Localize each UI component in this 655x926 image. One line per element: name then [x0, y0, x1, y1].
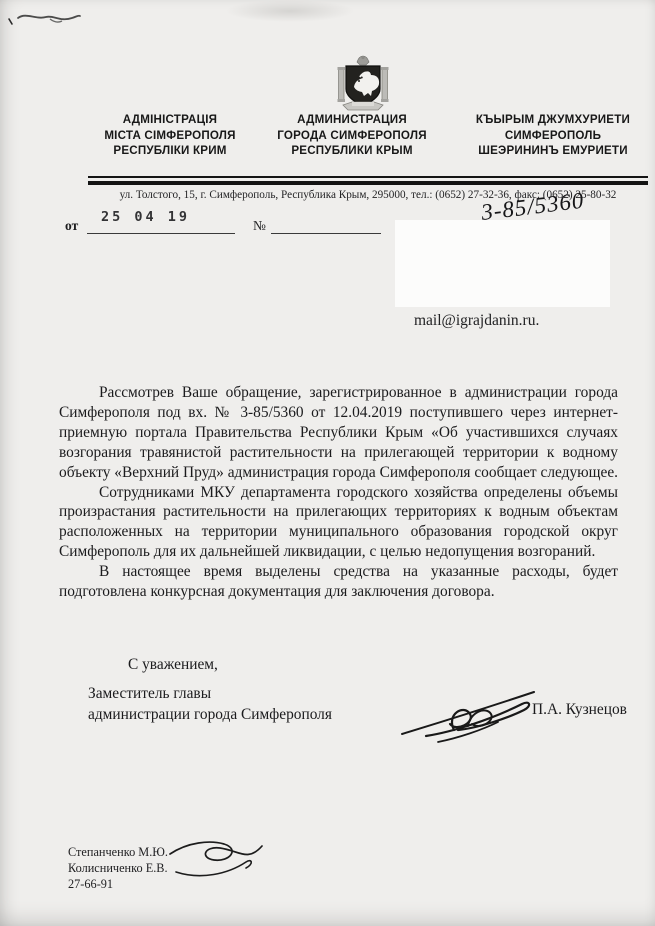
executor-signature: [166, 832, 266, 888]
org-name-crimean-tatar: КЪЫРЫМ ДЖУМХУРИЕТИ СИМФЕРОПОЛЬ ШЕЭРИНИНЪ…: [450, 112, 655, 159]
org-line: КЪЫРЫМ ДЖУМХУРИЕТИ: [450, 112, 655, 128]
org-line: МІСТА СІМФЕРОПОЛЯ: [86, 128, 254, 144]
date-underline: 25 04 19: [87, 206, 235, 234]
scan-smudge: [225, 0, 355, 22]
number-label: №: [253, 218, 266, 234]
redacted-recipient-box: [395, 220, 610, 307]
paragraph-1: Рассмотрев Ваше обращение, зарегистриров…: [59, 383, 618, 483]
signer-position-line2: администрации города Симферополя: [88, 705, 332, 726]
org-name-ukrainian: АДМІНІСТРАЦІЯ МІСТА СІМФЕРОПОЛЯ РЕСПУБЛІ…: [86, 112, 254, 159]
from-label: от: [65, 218, 78, 234]
paragraph-3: В настоящее время выделены средства на у…: [59, 562, 618, 602]
paragraph-2: Сотрудниками МКУ департамента городского…: [59, 483, 618, 563]
letterhead-divider: [88, 176, 648, 185]
org-line: АДМІНІСТРАЦІЯ: [86, 112, 254, 128]
org-line: ШЕЭРИНИНЪ ЕМУРИЕТИ: [450, 143, 655, 159]
pen-mark-icon: [6, 6, 84, 30]
letter-body: Рассмотрев Ваше обращение, зарегистриров…: [59, 383, 618, 602]
recipient-email: mail@igrajdanin.ru.: [414, 312, 539, 330]
org-line: РЕСПУБЛИКИ КРЫМ: [254, 143, 450, 159]
simferopol-coat-of-arms-icon: [336, 55, 390, 115]
signer-position-line1: Заместитель главы: [88, 684, 332, 705]
scanned-letter-page: АДМІНІСТРАЦІЯ МІСТА СІМФЕРОПОЛЯ РЕСПУБЛІ…: [0, 0, 655, 926]
executors-block: Степанченко М.Ю. Колисниченко Е.В. 27-66…: [68, 845, 168, 892]
executor-name-1: Степанченко М.Ю.: [68, 845, 168, 861]
letterhead: АДМІНІСТРАЦІЯ МІСТА СІМФЕРОПОЛЯ РЕСПУБЛІ…: [86, 112, 650, 159]
org-name-russian: АДМИНИСТРАЦИЯ ГОРОДА СИМФЕРОПОЛЯ РЕСПУБЛ…: [254, 112, 450, 159]
date-stamp: 25 04 19: [101, 209, 190, 225]
executor-phone: 27-66-91: [68, 877, 168, 893]
signer-position: Заместитель главы администрации города С…: [88, 684, 332, 725]
org-line: ГОРОДА СИМФЕРОПОЛЯ: [254, 128, 450, 144]
executor-name-2: Колисниченко Е.В.: [68, 861, 168, 877]
org-line: СИМФЕРОПОЛЬ: [450, 128, 655, 144]
closing-phrase: С уважением,: [128, 656, 218, 674]
kuznetsov-signature: [398, 684, 538, 746]
number-underline: 3-85/5360: [271, 206, 381, 234]
org-line: РЕСПУБЛІКИ КРИМ: [86, 143, 254, 159]
signer-name: П.А. Кузнецов: [532, 701, 627, 719]
org-line: АДМИНИСТРАЦИЯ: [254, 112, 450, 128]
